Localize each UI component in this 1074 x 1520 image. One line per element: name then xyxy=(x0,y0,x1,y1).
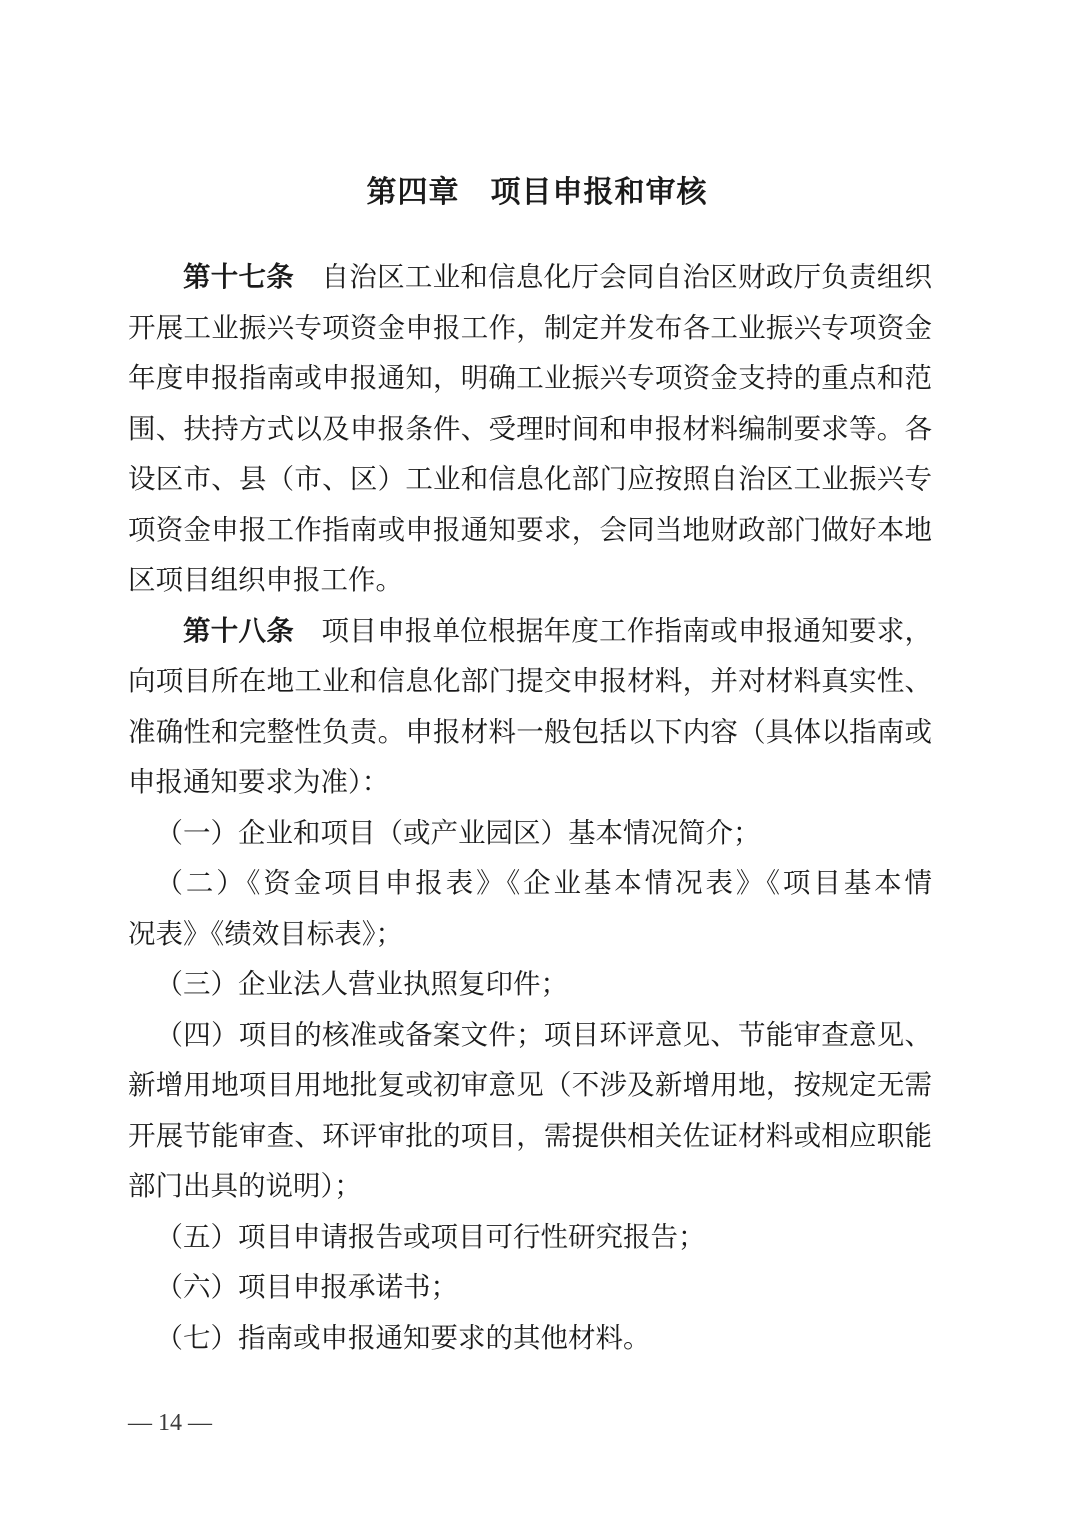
text-line: （五）项目申请报告或项目可行性研究报告； xyxy=(128,1212,932,1263)
text-line: （四）项目的核准或备案文件；项目环评意见、节能审查意见、 xyxy=(128,1010,932,1061)
text-line: （三）企业法人营业执照复印件； xyxy=(128,959,932,1010)
text-line: 区项目组织申报工作。 xyxy=(128,555,932,606)
article-number: 第十七条 xyxy=(183,261,294,292)
text-line: 年度申报指南或申报通知，明确工业振兴专项资金支持的重点和范 xyxy=(128,353,932,404)
line-text: 新增用地项目用地批复或初审意见（不涉及新增用地，按规定无需 xyxy=(128,1069,932,1100)
text-line: 开展节能审查、环评审批的项目，需提供相关佐证材料或相应职能 xyxy=(128,1111,932,1162)
line-text: 况表》《绩效目标表》； xyxy=(128,918,403,949)
line-text: 项资金申报工作指南或申报通知要求，会同当地财政部门做好本地 xyxy=(128,514,932,545)
line-text: 向项目所在地工业和信息化部门提交申报材料，并对材料真实性、 xyxy=(128,665,932,696)
line-text: （五）项目申请报告或项目可行性研究报告； xyxy=(156,1221,706,1252)
text-line: 向项目所在地工业和信息化部门提交申报材料，并对材料真实性、 xyxy=(128,656,932,707)
line-text: 申报通知要求为准）： xyxy=(128,766,389,797)
line-text: 部门出具的说明）； xyxy=(128,1170,362,1201)
text-line: 申报通知要求为准）： xyxy=(128,757,932,808)
page-number-footer: — 14 — xyxy=(128,1406,212,1440)
text-line: 准确性和完整性负责。申报材料一般包括以下内容（具体以指南或 xyxy=(128,707,932,758)
line-text: 围、扶持方式以及申报条件、受理时间和申报材料编制要求等。各 xyxy=(128,413,932,444)
text-line: 项资金申报工作指南或申报通知要求，会同当地财政部门做好本地 xyxy=(128,505,932,556)
text-line: 开展工业振兴专项资金申报工作，制定并发布各工业振兴专项资金 xyxy=(128,303,932,354)
line-text: （七）指南或申报通知要求的其他材料。 xyxy=(156,1322,651,1353)
line-text: 区项目组织申报工作。 xyxy=(128,564,403,595)
text-line: （二）《资金项目申报表》《企业基本情况表》《项目基本情 xyxy=(128,858,932,909)
line-text: （三）企业法人营业执照复印件； xyxy=(156,968,569,999)
line-text: 开展工业振兴专项资金申报工作，制定并发布各工业振兴专项资金 xyxy=(128,312,932,343)
line-text: 开展节能审查、环评审批的项目，需提供相关佐证材料或相应职能 xyxy=(128,1120,932,1151)
text-line: （六）项目申报承诺书； xyxy=(128,1262,932,1313)
line-text: 设区市、县（市、区）工业和信息化部门应按照自治区工业振兴专 xyxy=(128,463,932,494)
line-text: 准确性和完整性负责。申报材料一般包括以下内容（具体以指南或 xyxy=(128,716,932,747)
document-page: 第四章 项目申报和审核 第十七条自治区工业和信息化厅会同自治区财政厅负责组织开展… xyxy=(0,0,1074,1520)
line-text: 年度申报指南或申报通知，明确工业振兴专项资金支持的重点和范 xyxy=(128,362,932,393)
text-line: 第十八条项目申报单位根据年度工作指南或申报通知要求， xyxy=(128,606,932,657)
text-line: 第十七条自治区工业和信息化厅会同自治区财政厅负责组织 xyxy=(128,252,932,303)
text-line: 新增用地项目用地批复或初审意见（不涉及新增用地，按规定无需 xyxy=(128,1060,932,1111)
text-line: 围、扶持方式以及申报条件、受理时间和申报材料编制要求等。各 xyxy=(128,404,932,455)
document-body: 第十七条自治区工业和信息化厅会同自治区财政厅负责组织开展工业振兴专项资金申报工作… xyxy=(128,252,932,1363)
article-number: 第十八条 xyxy=(183,615,294,646)
line-text: 项目申报单位根据年度工作指南或申报通知要求， xyxy=(322,615,932,646)
chapter-heading: 第四章 项目申报和审核 xyxy=(0,174,1074,212)
line-text: 自治区工业和信息化厅会同自治区财政厅负责组织 xyxy=(322,261,932,292)
line-text: （一）企业和项目（或产业园区）基本情况简介； xyxy=(156,817,761,848)
text-line: 部门出具的说明）； xyxy=(128,1161,932,1212)
line-text: （六）项目申报承诺书； xyxy=(156,1271,459,1302)
text-line: （七）指南或申报通知要求的其他材料。 xyxy=(128,1313,932,1364)
text-line: 设区市、县（市、区）工业和信息化部门应按照自治区工业振兴专 xyxy=(128,454,932,505)
text-line: （一）企业和项目（或产业园区）基本情况简介； xyxy=(128,808,932,859)
text-line: 况表》《绩效目标表》； xyxy=(128,909,932,960)
line-text: （二）《资金项目申报表》《企业基本情况表》《项目基本情 xyxy=(156,867,933,898)
line-text: （四）项目的核准或备案文件；项目环评意见、节能审查意见、 xyxy=(156,1019,933,1050)
